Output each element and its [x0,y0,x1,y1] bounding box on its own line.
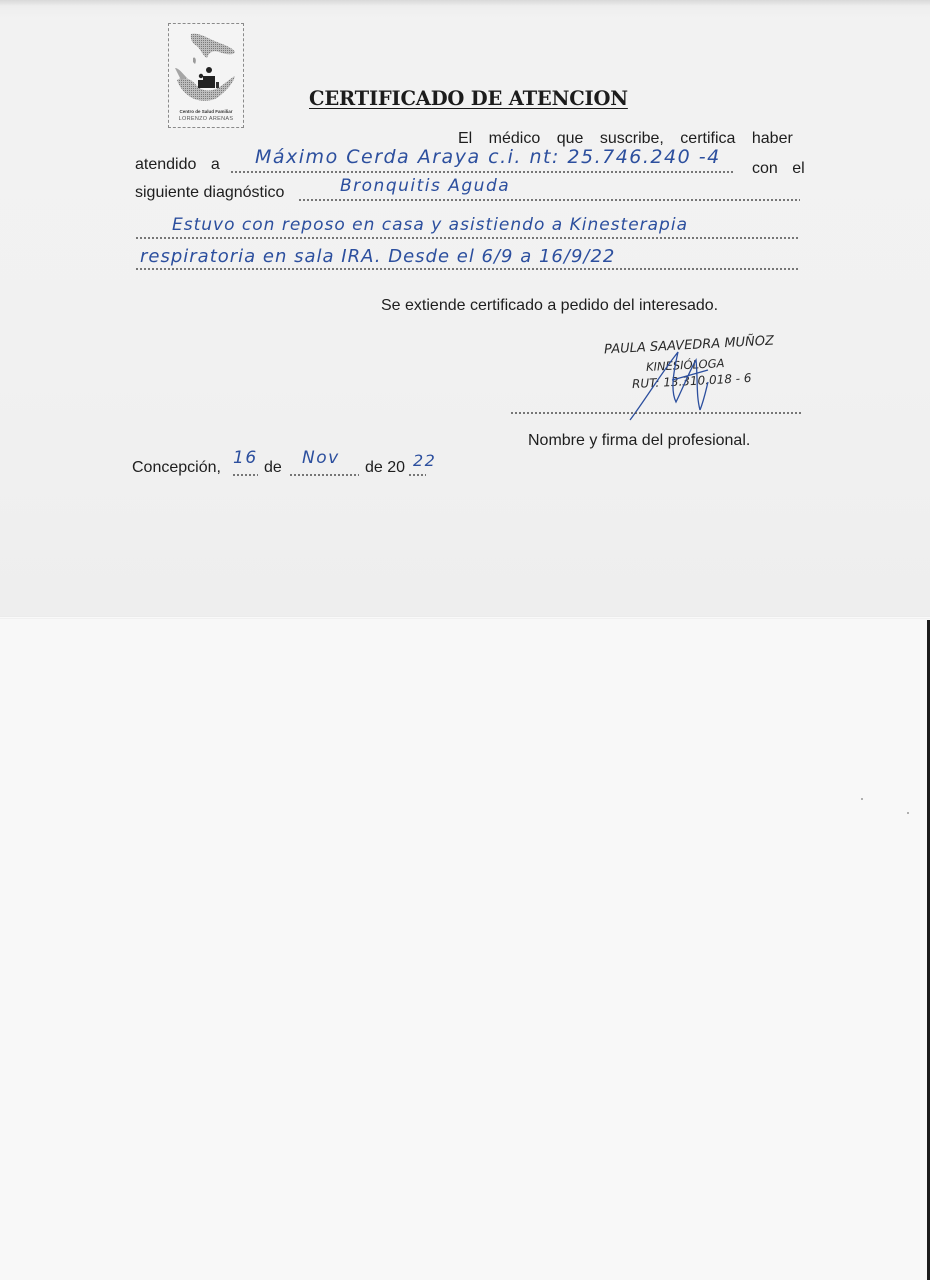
dust-speck [861,798,863,800]
diagnosis-label: siguiente diagnóstico [135,184,284,202]
date-de-1: de [264,459,282,477]
clinic-logo: Centro de Salud Familiar LORENZO ARENAS [168,23,244,128]
signature-scribble [620,340,740,430]
day-fill-line [232,474,258,476]
logo-clinic-name: LORENZO ARENAS [169,116,243,122]
blank-lower-page [0,619,928,1280]
attended-label: atendido a [135,156,220,174]
signature-caption: Nombre y firma del profesional. [528,432,750,450]
notes-line1-handwritten: Estuvo con reposo en casa y asistiendo a… [172,215,688,235]
notes-line2-handwritten: respiratoria en sala IRA. Desde el 6/9 a… [140,246,615,267]
signature-line [510,412,802,414]
patient-name-handwritten: Máximo Cerda Araya c.i. nt: 25.746.240 -… [255,146,721,168]
hands-family-icon [173,28,239,106]
year-fill-line [408,474,426,476]
date-day-handwritten: 16 [233,448,258,468]
date-city: Concepción, [132,459,221,477]
extension-statement: Se extiende certificado a pedido del int… [381,297,718,315]
month-fill-line [289,474,359,476]
notes-fill-line-2 [135,268,800,270]
date-month-handwritten: Nov [302,448,340,468]
date-year-handwritten: 22 [413,451,436,470]
patient-fill-line [230,171,735,173]
notes-fill-line-1 [135,237,800,239]
dust-speck [907,812,909,814]
document-title: CERTIFICADO DE ATENCION [309,87,628,110]
attended-suffix: con el [752,160,805,178]
diagnosis-fill-line [298,199,800,201]
date-de-year: de 20 [365,459,405,477]
diagnosis-handwritten: Bronquitis Aguda [340,176,510,196]
logo-clinic-type: Centro de Salud Familiar [169,109,243,114]
